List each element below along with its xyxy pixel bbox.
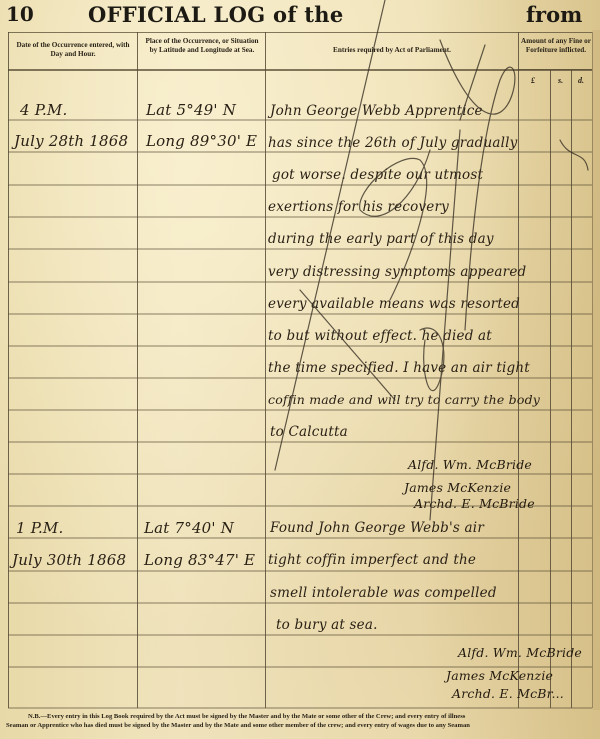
- pencil-annotation: [0, 0, 600, 739]
- footnote-line-1: N.B.—Every entry in this Log Book requir…: [6, 712, 600, 721]
- footnote: N.B.—Every entry in this Log Book requir…: [6, 712, 600, 730]
- footnote-line-2: Seaman or Apprentice who has died must b…: [6, 721, 600, 730]
